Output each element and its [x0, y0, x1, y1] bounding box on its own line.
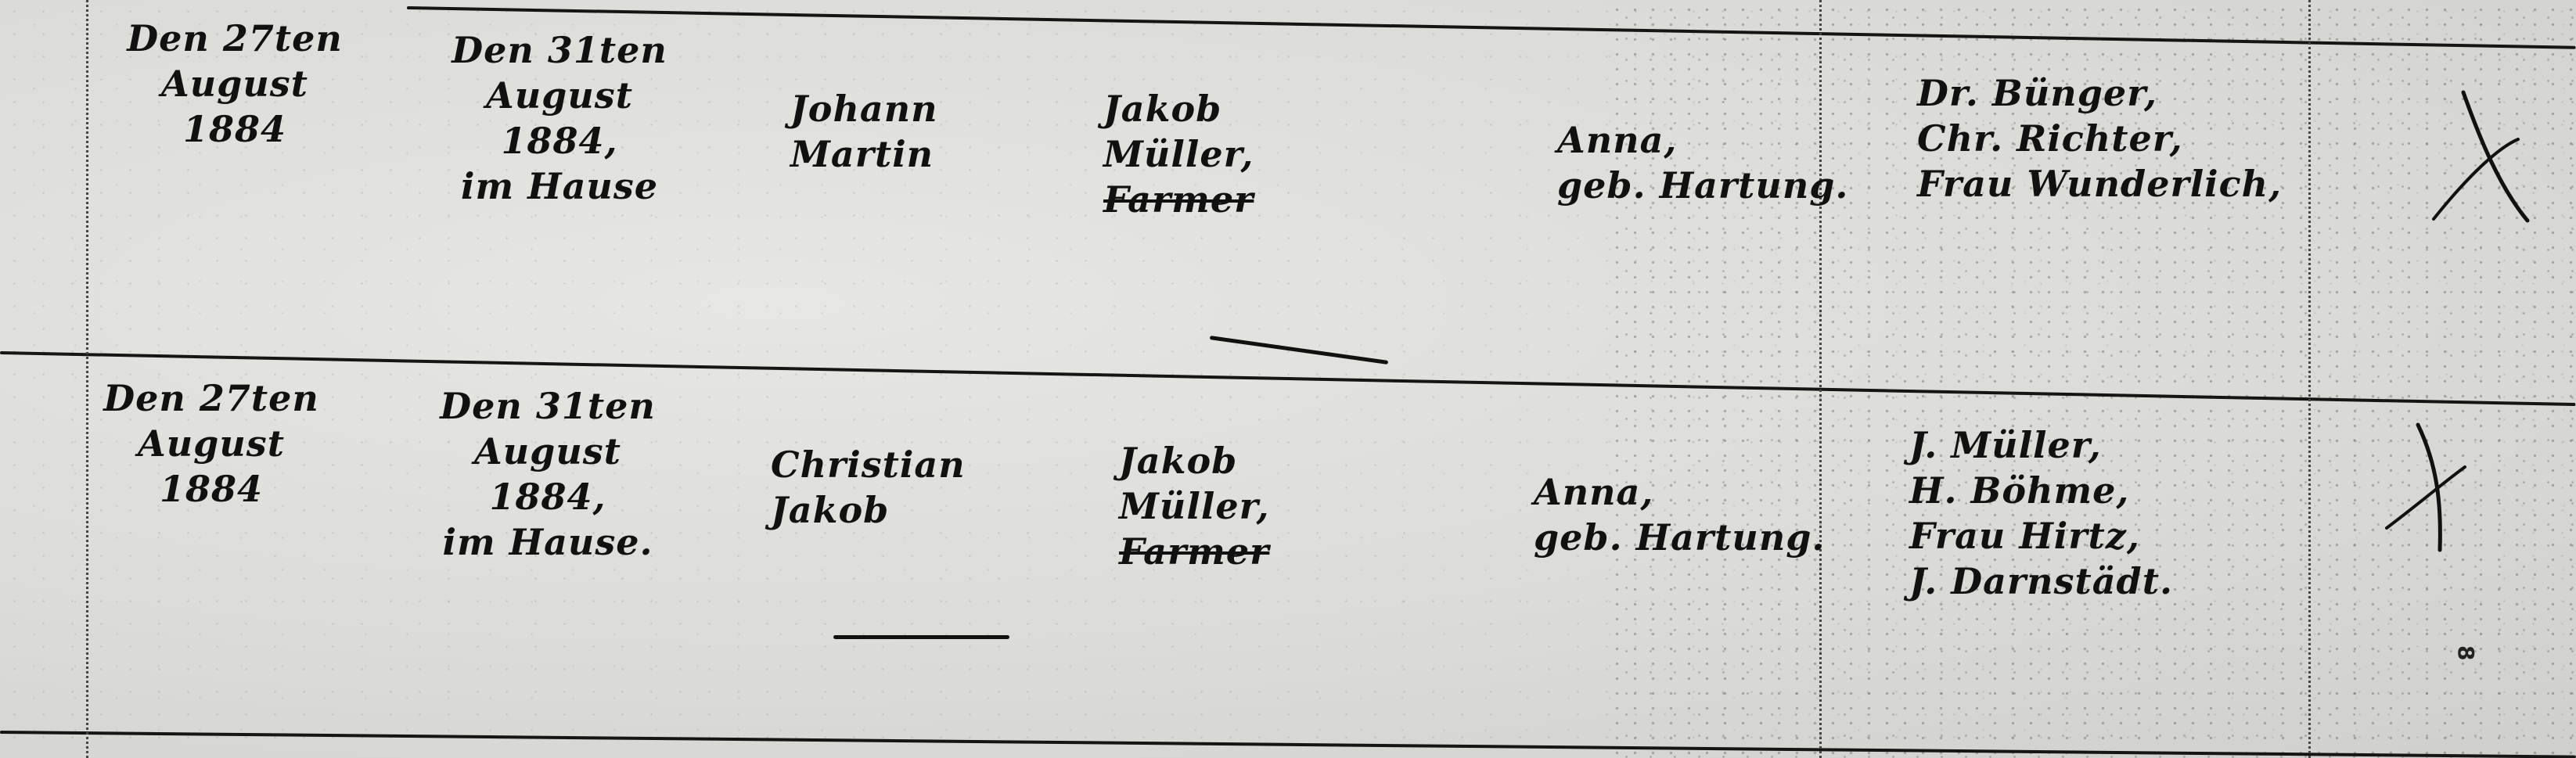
baptism-month: August	[407, 429, 689, 474]
baptism-month: August	[426, 73, 693, 118]
baptism-day: Den 31ten	[426, 27, 693, 73]
child-name-underline	[833, 635, 1009, 639]
godparent: Chr. Richter,	[1917, 116, 2282, 161]
baptism-year: 1884,	[407, 474, 689, 519]
birth-year: 1884	[86, 466, 336, 512]
table-rule-middle	[0, 351, 2575, 406]
father-first-name: Jakob	[1103, 86, 1254, 131]
godparent: J. Müller,	[1909, 422, 2173, 468]
father-cell: Jakob Müller, Farmer	[1119, 438, 1269, 574]
register-page: Den 27ten August 1884 Den 31ten August 1…	[0, 0, 2576, 758]
godparents-cell: Dr. Bünger, Chr. Richter, Frau Wunderlic…	[1917, 70, 2282, 207]
godparents-cell: J. Müller, H. Böhme, Frau Hirtz, J. Darn…	[1909, 422, 2173, 604]
birth-day: Den 27ten	[117, 16, 352, 61]
birth-month: August	[86, 421, 336, 466]
mother-maiden-name: geb. Hartung.	[1557, 163, 1848, 208]
baptism-place: im Hause	[426, 163, 693, 209]
column-divider	[2308, 0, 2311, 758]
cross-mark-icon	[2426, 86, 2535, 235]
birth-date-cell: Den 27ten August 1884	[86, 375, 336, 512]
father-first-name: Jakob	[1119, 438, 1269, 483]
father-cell: Jakob Müller, Farmer	[1103, 86, 1254, 222]
baptism-place: im Hause.	[407, 519, 689, 565]
mother-cell: Anna, geb. Hartung.	[1557, 117, 1848, 208]
birth-year: 1884	[117, 106, 352, 152]
entry-separator-flourish	[1210, 336, 1388, 365]
godparent: Frau Hirtz,	[1909, 513, 2173, 559]
mother-name: Anna,	[1557, 117, 1848, 163]
birth-month: August	[117, 61, 352, 106]
child-middle-name: Jakob	[771, 487, 966, 533]
baptism-day: Den 31ten	[407, 383, 689, 429]
margin-stamp: 8	[2453, 645, 2479, 660]
mother-maiden-name: geb. Hartung.	[1534, 515, 1825, 560]
child-name-cell: Christian Jakob	[771, 442, 966, 533]
mother-cell: Anna, geb. Hartung.	[1534, 469, 1825, 560]
mother-name: Anna,	[1534, 469, 1825, 515]
godparent: Dr. Bünger,	[1917, 70, 2282, 116]
child-name-cell: Johann Martin	[790, 86, 938, 177]
child-first-name: Christian	[771, 442, 966, 487]
godparent: Frau Wunderlich,	[1917, 161, 2282, 207]
godparent: H. Böhme,	[1909, 468, 2173, 513]
next-entry-partial	[16, 743, 2576, 758]
baptism-cell: Den 31ten August 1884, im Hause.	[407, 383, 689, 565]
baptism-year: 1884,	[426, 118, 693, 163]
baptism-cell: Den 31ten August 1884, im Hause	[426, 27, 693, 209]
father-occupation-struck: Farmer	[1119, 529, 1269, 574]
father-occupation-struck: Farmer	[1103, 177, 1254, 222]
child-first-name: Johann	[790, 86, 938, 131]
column-divider	[1819, 0, 1822, 758]
cross-mark-icon	[2379, 419, 2488, 559]
birth-day: Den 27ten	[86, 375, 336, 421]
father-surname: Müller,	[1103, 131, 1254, 177]
birth-date-cell: Den 27ten August 1884	[117, 16, 352, 152]
father-surname: Müller,	[1119, 483, 1269, 529]
godparent: J. Darnstädt.	[1909, 559, 2173, 604]
child-middle-name: Martin	[790, 131, 938, 177]
table-rule-top	[407, 6, 2576, 49]
